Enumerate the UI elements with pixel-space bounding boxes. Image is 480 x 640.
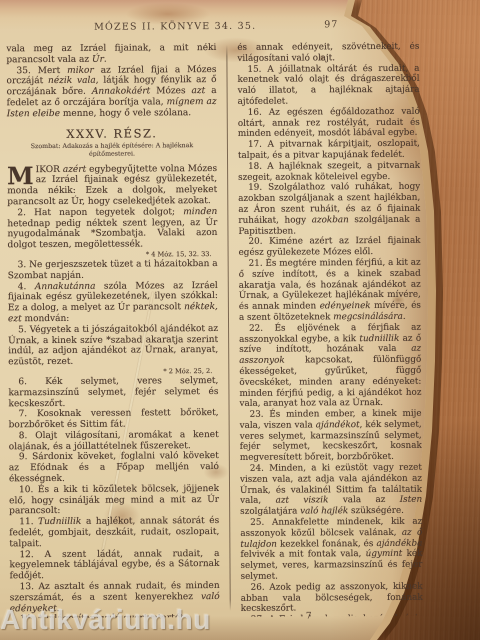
verse: 22. És eljövének a férjfiak az asszonyok…: [239, 322, 422, 409]
column-divider-rule: [226, 45, 230, 611]
two-column-layout: vala meg az Izráel fijainak, a mit néki …: [6, 42, 422, 619]
verse: 17. A pitvarnak kárpitjait, oszlopait, t…: [238, 139, 420, 162]
verse: 9. Sárdonix köveket, foglalni való kövek…: [9, 451, 219, 485]
verse: 24. Minden, a ki ezüstöt vagy rezet visz…: [240, 463, 422, 518]
verse: 19. Szolgálathoz való ruhákat, hogy azok…: [238, 182, 420, 237]
verse: 21. És megtére minden férjfiú, a kit az …: [239, 258, 421, 324]
verse: 11. Tudniillik a hajlékot, annak sátorát…: [9, 516, 219, 550]
verse: 8. Olajt világosítani, aromákat a kenet …: [9, 430, 219, 453]
scanned-book-photo: MÓZES II. KÖNYVE 34. 35. 97 vala meg az …: [0, 0, 480, 640]
verse: 6. Kék selymet, veres selymet, karmazsin…: [8, 376, 218, 410]
left-column: vala meg az Izráel fijainak, a mit néki …: [6, 43, 220, 618]
verse: 27. A Fejedelmek pedig hozának ónix köve…: [241, 614, 423, 617]
chapter-summary: Szombat: Adakozás a hajlék építésére: A …: [23, 142, 201, 158]
page-text-block: MÓZES II. KÖNYVE 34. 35. 97 vala meg az …: [6, 0, 426, 640]
verse: 4. Annakutánna szóla Mózes az Izráel fij…: [8, 281, 218, 325]
verse: 7. Kosoknak veressen festett bőröket, bo…: [9, 408, 219, 431]
verse: 26. Azok pedig az asszonyok, kiknek abba…: [241, 582, 423, 616]
antikvarium-watermark: Antikvárium.hu: [0, 604, 211, 636]
verse: 35. Mert mikor az Izráel fijai a Mózes o…: [6, 65, 216, 120]
dropcap-initial: M: [7, 165, 36, 185]
verse: 23. És minden ember, a kinek mije vala, …: [240, 409, 422, 464]
verse: 15. A jóillatnak oltárát és rudait, a ke…: [237, 63, 419, 107]
verse: 3. Ne gerjeszszetek tüzet a ti házaitokb…: [8, 259, 218, 282]
verse: 16. Az egészen égőáldozathoz való oltárt…: [238, 107, 420, 141]
verse-continuation: és annak edényeit, szövétnekeit, és vilá…: [237, 42, 419, 65]
running-header: MÓZES II. KÖNYVE 34. 35.: [6, 20, 344, 33]
verse: 2. Hat napon tegyetek dolgot; minden het…: [7, 207, 217, 251]
verse: 12. A szent ládát, annak rudait, a kegye…: [9, 549, 219, 583]
right-column: és annak edényeit, szövétnekeit, és vilá…: [237, 42, 423, 617]
verse: 25. Annakfelette mindenek, kik az asszon…: [240, 517, 422, 583]
signature-mark: 7: [306, 611, 312, 621]
chapter-heading: XXXV. RÉSZ.: [7, 128, 217, 140]
page-number: 97: [324, 19, 338, 30]
verse: 18. A hajléknak szegeit, a pitvarnak sze…: [238, 161, 420, 184]
verse: 20. Kiméne azért az Izráel fijainak egés…: [238, 236, 420, 259]
verse-continuation: vala meg az Izráel fijainak, a mit néki …: [6, 43, 216, 66]
dropcap-verse: MIKOR azért egybegyűjtette volna Mózes a…: [7, 164, 217, 208]
verse: 5. Végyetek a ti jószágaitokból ajándéko…: [8, 324, 218, 368]
verse: 10. És a kik ti közűletek bölcsek, jöjje…: [9, 484, 219, 518]
